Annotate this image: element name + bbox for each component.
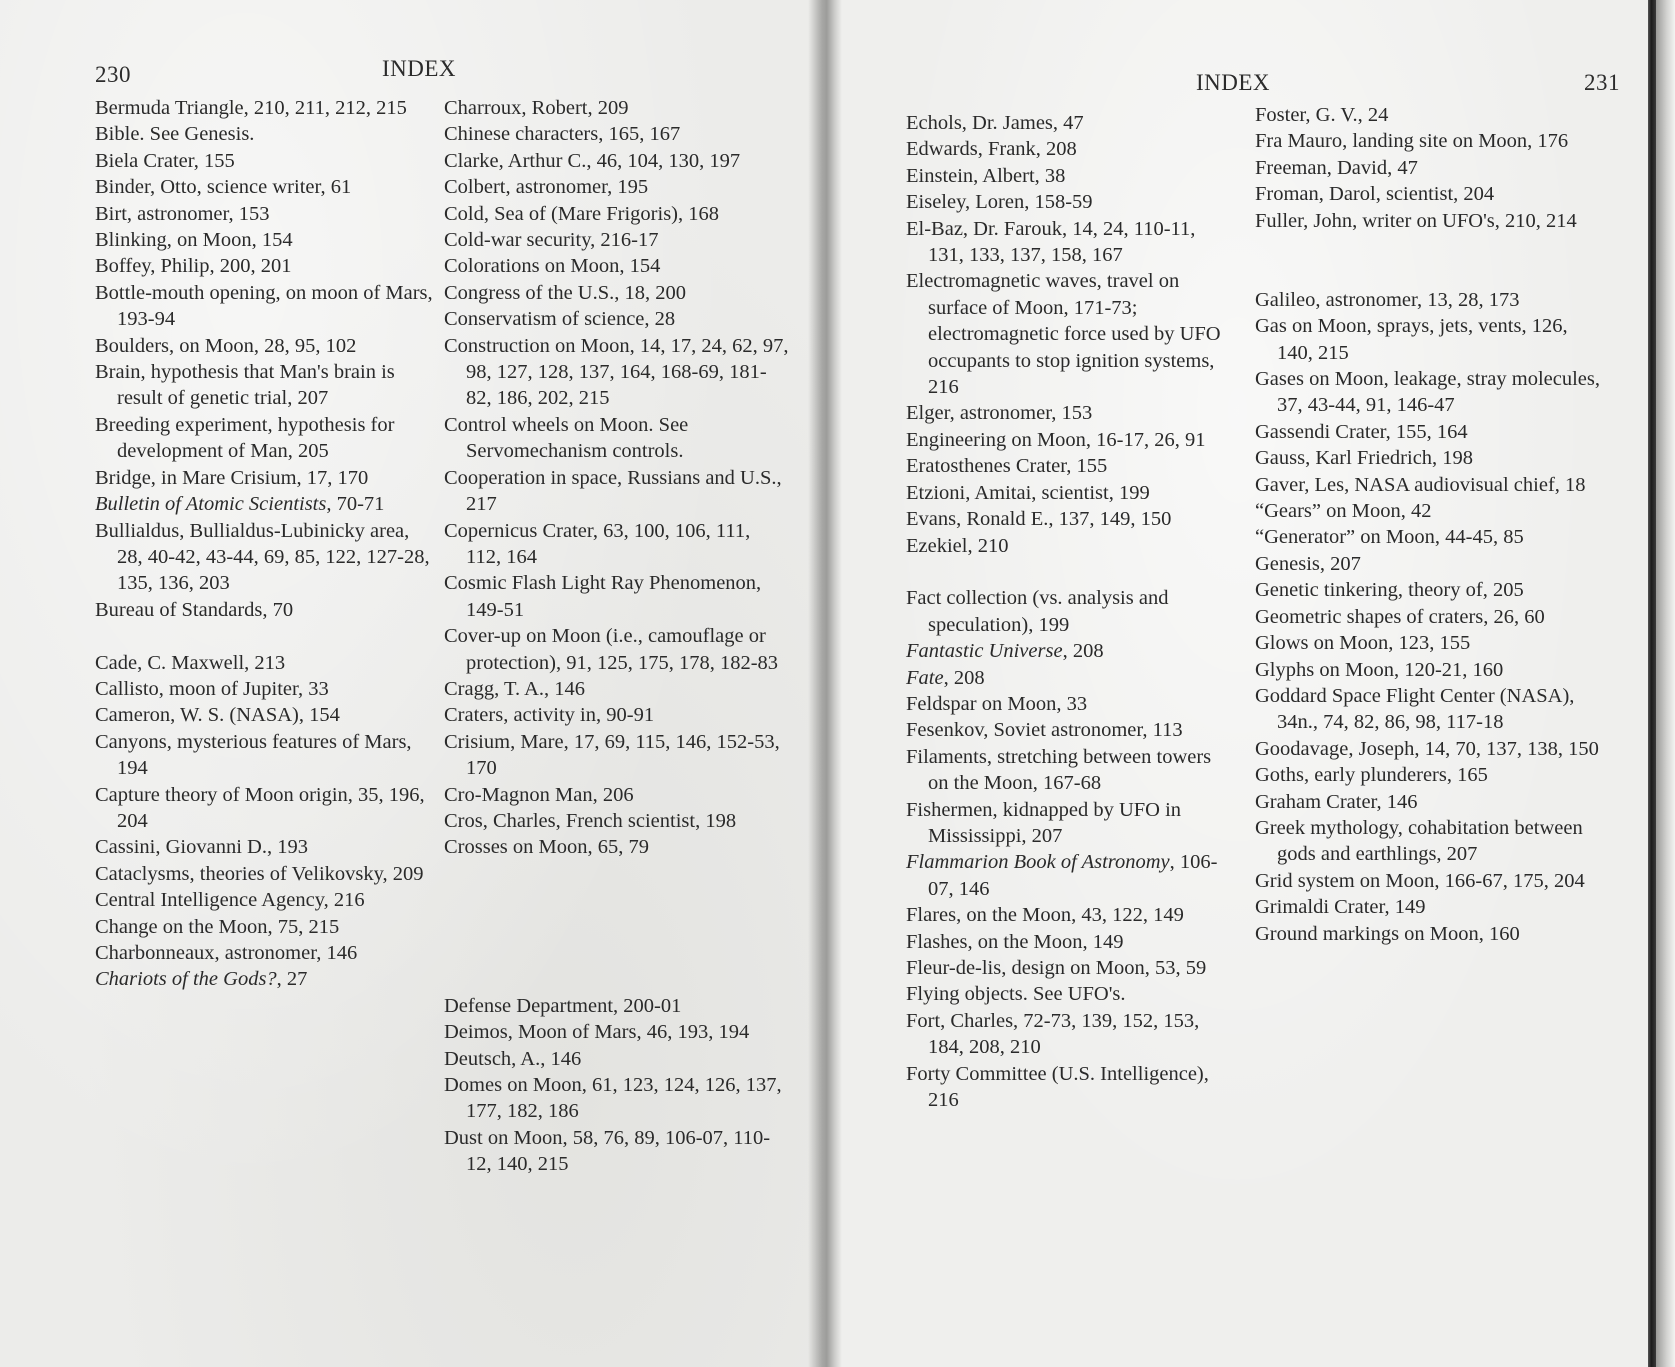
index-entry-text: Boffey, Philip, 200, 201 xyxy=(95,255,291,277)
index-entry: Cros, Charles, French scientist, 198 xyxy=(444,808,789,834)
index-entry: Bullialdus, Bullialdus-Lubinicky area, 2… xyxy=(95,518,435,597)
index-entry-text: Fort, Charles, 72-73, 139, 152, 153, 184… xyxy=(906,1010,1199,1058)
index-entry: Dust on Moon, 58, 76, 89, 106-07, 110-12… xyxy=(444,1125,789,1178)
index-entry-text: Fesenkov, Soviet astronomer, 113 xyxy=(906,719,1183,741)
index-entry-text: Echols, Dr. James, 47 xyxy=(906,112,1084,134)
left-running-head: INDEX xyxy=(382,56,456,82)
index-entry-text: Cro-Magnon Man, 206 xyxy=(444,784,634,806)
index-entry-text: Domes on Moon, 61, 123, 124, 126, 137, 1… xyxy=(444,1074,782,1122)
index-entry-text: Bureau of Standards, 70 xyxy=(95,599,293,621)
index-entry: Goths, early plunderers, 165 xyxy=(1255,762,1600,788)
index-entry-text: Biela Crater, 155 xyxy=(95,150,235,172)
page-edge xyxy=(1656,0,1675,1367)
index-entry: Etzioni, Amitai, scientist, 199 xyxy=(906,480,1236,506)
index-entry: Callisto, moon of Jupiter, 33 xyxy=(95,676,435,702)
index-entry: Filaments, stretching between towers on … xyxy=(906,744,1236,797)
index-entry: Cro-Magnon Man, 206 xyxy=(444,782,789,808)
index-entry: Geometric shapes of craters, 26, 60 xyxy=(1255,604,1600,630)
index-entry: Cameron, W. S. (NASA), 154 xyxy=(95,702,435,728)
letter-group-spacer xyxy=(95,623,435,649)
index-entry-text: Einstein, Albert, 38 xyxy=(906,165,1065,187)
index-entry: Crosses on Moon, 65, 79 xyxy=(444,834,789,860)
index-entry-text: Bottle-mouth opening, on moon of Mars, 1… xyxy=(95,282,433,330)
index-entry-text: , 27 xyxy=(277,968,308,990)
index-entry: Greek mythology, cohabitation between go… xyxy=(1255,815,1600,868)
index-entry-text: Engineering on Moon, 16-17, 26, 91 xyxy=(906,429,1206,451)
index-entry-text: Grimaldi Crater, 149 xyxy=(1255,896,1426,918)
index-entry-text: Fact collection (vs. analysis and specul… xyxy=(906,587,1168,635)
index-entry-text: Cover-up on Moon (i.e., camouflage or pr… xyxy=(444,625,778,673)
index-entry: Charbonneaux, astronomer, 146 xyxy=(95,940,435,966)
index-entry-text: Gases on Moon, leakage, stray molecules,… xyxy=(1255,368,1600,416)
index-entry: Fort, Charles, 72-73, 139, 152, 153, 184… xyxy=(906,1008,1236,1061)
index-entry-text: Colorations on Moon, 154 xyxy=(444,255,660,277)
index-entry: Fantastic Universe, 208 xyxy=(906,638,1236,664)
index-entry-text: Genesis, 207 xyxy=(1255,553,1361,575)
index-entry: Glows on Moon, 123, 155 xyxy=(1255,630,1600,656)
index-entry: Crisium, Mare, 17, 69, 115, 146, 152-53,… xyxy=(444,729,789,782)
index-entry: Binder, Otto, science writer, 61 xyxy=(95,174,435,200)
index-entry: Fishermen, kidnapped by UFO in Mississip… xyxy=(906,797,1236,850)
page-edge-shadow xyxy=(1648,0,1656,1367)
index-entry-text: Charroux, Robert, 209 xyxy=(444,97,628,119)
index-entry-text: Gassendi Crater, 155, 164 xyxy=(1255,421,1468,443)
index-entry: Boulders, on Moon, 28, 95, 102 xyxy=(95,333,435,359)
index-entry-text: Dust on Moon, 58, 76, 89, 106-07, 110-12… xyxy=(444,1127,770,1175)
index-entry: Feldspar on Moon, 33 xyxy=(906,691,1236,717)
index-entry: Genetic tinkering, theory of, 205 xyxy=(1255,577,1600,603)
index-entry-text: Cosmic Flash Light Ray Phenomenon, 149-5… xyxy=(444,572,761,620)
index-entry: Genesis, 207 xyxy=(1255,551,1600,577)
index-entry-text: Cameron, W. S. (NASA), 154 xyxy=(95,704,340,726)
index-entry-text: Filaments, stretching between towers on … xyxy=(906,746,1211,794)
index-entry: Flashes, on the Moon, 149 xyxy=(906,929,1236,955)
index-entry-text: Cold-war security, 216-17 xyxy=(444,229,658,251)
index-entry-text: Ground markings on Moon, 160 xyxy=(1255,923,1520,945)
index-entry-text: Crisium, Mare, 17, 69, 115, 146, 152-53,… xyxy=(444,731,780,779)
publication-title: Flammarion Book of Astronomy xyxy=(906,851,1170,873)
index-entry: Fra Mauro, landing site on Moon, 176 xyxy=(1255,128,1600,154)
index-entry-text: Electromagnetic waves, travel on surface… xyxy=(906,270,1221,398)
index-entry-text: Deimos, Moon of Mars, 46, 193, 194 xyxy=(444,1021,749,1043)
index-entry: Grimaldi Crater, 149 xyxy=(1255,894,1600,920)
book-gutter xyxy=(808,0,842,1367)
index-entry: Grid system on Moon, 166-67, 175, 204 xyxy=(1255,868,1600,894)
index-entry-text: Graham Crater, 146 xyxy=(1255,791,1418,813)
index-entry: Glyphs on Moon, 120-21, 160 xyxy=(1255,657,1600,683)
index-entry-text: Defense Department, 200-01 xyxy=(444,995,681,1017)
index-entry-text: , 70-71 xyxy=(326,493,384,515)
index-entry-text: Chinese characters, 165, 167 xyxy=(444,123,680,145)
index-entry: Ezekiel, 210 xyxy=(906,533,1236,559)
index-entry-text: Capture theory of Moon origin, 35, 196, … xyxy=(95,784,425,832)
index-entry-text: Cataclysms, theories of Velikovsky, 209 xyxy=(95,863,424,885)
index-entry: El-Baz, Dr. Farouk, 14, 24, 110-11, 131,… xyxy=(906,216,1236,269)
index-entry: Fact collection (vs. analysis and specul… xyxy=(906,585,1236,638)
index-entry-text: Bible. See Genesis. xyxy=(95,123,254,145)
index-entry: Change on the Moon, 75, 215 xyxy=(95,914,435,940)
index-entry-text: “Generator” on Moon, 44-45, 85 xyxy=(1255,526,1524,548)
index-entry: Gases on Moon, leakage, stray molecules,… xyxy=(1255,366,1600,419)
index-entry-text: Charbonneaux, astronomer, 146 xyxy=(95,942,357,964)
index-entry-text: Glyphs on Moon, 120-21, 160 xyxy=(1255,659,1503,681)
index-entry: Bulletin of Atomic Scientists, 70-71 xyxy=(95,491,435,517)
index-entry: Cover-up on Moon (i.e., camouflage or pr… xyxy=(444,623,789,676)
index-entry: Congress of the U.S., 18, 200 xyxy=(444,280,789,306)
index-entry-text: Geometric shapes of craters, 26, 60 xyxy=(1255,606,1545,628)
letter-group-spacer xyxy=(906,559,1236,585)
index-entry: Deimos, Moon of Mars, 46, 193, 194 xyxy=(444,1019,789,1045)
index-entry: Engineering on Moon, 16-17, 26, 91 xyxy=(906,427,1236,453)
index-entry-text: , 208 xyxy=(1063,640,1104,662)
index-entry: Copernicus Crater, 63, 100, 106, 111, 11… xyxy=(444,518,789,571)
index-entry-text: Canyons, mysterious features of Mars, 19… xyxy=(95,731,412,779)
index-entry-text: Blinking, on Moon, 154 xyxy=(95,229,293,251)
index-entry-text: Copernicus Crater, 63, 100, 106, 111, 11… xyxy=(444,520,750,568)
index-entry-text: Forty Committee (U.S. Intelligence), 216 xyxy=(906,1063,1209,1111)
index-entry: Gauss, Karl Friedrich, 198 xyxy=(1255,445,1600,471)
index-entry: Flammarion Book of Astronomy, 106-07, 14… xyxy=(906,849,1236,902)
index-entry: Brain, hypothesis that Man's brain is re… xyxy=(95,359,435,412)
index-entry: Flying objects. See UFO's. xyxy=(906,981,1236,1007)
publication-title: Fantastic Universe xyxy=(906,640,1063,662)
index-entry-text: Bermuda Triangle, 210, 211, 212, 215 xyxy=(95,97,407,119)
index-entry-text: Construction on Moon, 14, 17, 24, 62, 97… xyxy=(444,335,789,410)
index-entry: Foster, G. V., 24 xyxy=(1255,102,1600,128)
index-entry-text: Congress of the U.S., 18, 200 xyxy=(444,282,686,304)
index-entry: Bureau of Standards, 70 xyxy=(95,597,435,623)
index-entry-text: Callisto, moon of Jupiter, 33 xyxy=(95,678,329,700)
publication-title: Chariots of the Gods? xyxy=(95,968,277,990)
index-column-3: Echols, Dr. James, 47Edwards, Frank, 208… xyxy=(906,110,1236,1113)
index-entry: “Generator” on Moon, 44-45, 85 xyxy=(1255,524,1600,550)
index-entry-text: Deutsch, A., 146 xyxy=(444,1048,581,1070)
index-entry-text: Greek mythology, cohabitation between go… xyxy=(1255,817,1583,865)
index-entry: Echols, Dr. James, 47 xyxy=(906,110,1236,136)
index-entry: Elger, astronomer, 153 xyxy=(906,400,1236,426)
index-entry-text: Brain, hypothesis that Man's brain is re… xyxy=(95,361,395,409)
index-entry: Blinking, on Moon, 154 xyxy=(95,227,435,253)
index-entry-text: Cade, C. Maxwell, 213 xyxy=(95,652,285,674)
index-entry-text: Evans, Ronald E., 137, 149, 150 xyxy=(906,508,1171,530)
index-entry: Gas on Moon, sprays, jets, vents, 126, 1… xyxy=(1255,313,1600,366)
publication-title: Fate xyxy=(906,667,944,689)
index-entry: Gaver, Les, NASA audiovisual chief, 18 xyxy=(1255,472,1600,498)
index-entry-text: Eratosthenes Crater, 155 xyxy=(906,455,1107,477)
index-entry-text: Cassini, Giovanni D., 193 xyxy=(95,836,308,858)
index-entry-text: Flying objects. See UFO's. xyxy=(906,983,1126,1005)
index-entry-text: Goodavage, Joseph, 14, 70, 137, 138, 150 xyxy=(1255,738,1599,760)
index-entry-text: Birt, astronomer, 153 xyxy=(95,203,270,225)
index-entry: Bermuda Triangle, 210, 211, 212, 215 xyxy=(95,95,435,121)
index-entry-text: Change on the Moon, 75, 215 xyxy=(95,916,339,938)
index-entry: Birt, astronomer, 153 xyxy=(95,201,435,227)
index-entry: Cosmic Flash Light Ray Phenomenon, 149-5… xyxy=(444,570,789,623)
index-entry: Central Intelligence Agency, 216 xyxy=(95,887,435,913)
index-entry-text: Flashes, on the Moon, 149 xyxy=(906,931,1124,953)
index-entry: Control wheels on Moon. See Servomechani… xyxy=(444,412,789,465)
index-entry-text: Goddard Space Flight Center (NASA), 34n.… xyxy=(1255,685,1574,733)
index-entry: Colbert, astronomer, 195 xyxy=(444,174,789,200)
index-entry-text: Feldspar on Moon, 33 xyxy=(906,693,1087,715)
index-entry-text: Fra Mauro, landing site on Moon, 176 xyxy=(1255,130,1568,152)
index-entry: Edwards, Frank, 208 xyxy=(906,136,1236,162)
index-entry: Graham Crater, 146 xyxy=(1255,789,1600,815)
index-entry: Bottle-mouth opening, on moon of Mars, 1… xyxy=(95,280,435,333)
index-entry: Cataclysms, theories of Velikovsky, 209 xyxy=(95,861,435,887)
index-entry-text: Control wheels on Moon. See Servomechani… xyxy=(444,414,688,462)
index-entry-text: Binder, Otto, science writer, 61 xyxy=(95,176,351,198)
index-entry: Cragg, T. A., 146 xyxy=(444,676,789,702)
right-page-number: 231 xyxy=(1584,70,1620,96)
index-entry-text: Gaver, Les, NASA audiovisual chief, 18 xyxy=(1255,474,1586,496)
index-entry: Defense Department, 200-01 xyxy=(444,993,789,1019)
index-entry: Freeman, David, 47 xyxy=(1255,155,1600,181)
index-entry-text: Elger, astronomer, 153 xyxy=(906,402,1092,424)
index-entry: Cold-war security, 216-17 xyxy=(444,227,789,253)
index-entry-text: Edwards, Frank, 208 xyxy=(906,138,1077,160)
index-entry: Boffey, Philip, 200, 201 xyxy=(95,253,435,279)
index-entry: Eiseley, Loren, 158-59 xyxy=(906,189,1236,215)
index-entry-text: Cragg, T. A., 146 xyxy=(444,678,585,700)
index-entry: Flares, on the Moon, 43, 122, 149 xyxy=(906,902,1236,928)
index-entry-text: Etzioni, Amitai, scientist, 199 xyxy=(906,482,1150,504)
index-entry: Breeding experiment, hypothesis for deve… xyxy=(95,412,435,465)
index-entry: Fesenkov, Soviet astronomer, 113 xyxy=(906,717,1236,743)
index-entry: Gassendi Crater, 155, 164 xyxy=(1255,419,1600,445)
index-entry: Cassini, Giovanni D., 193 xyxy=(95,834,435,860)
index-entry: Galileo, astronomer, 13, 28, 173 xyxy=(1255,287,1600,313)
index-entry-text: Fishermen, kidnapped by UFO in Mississip… xyxy=(906,799,1181,847)
letter-group-spacer xyxy=(444,861,789,993)
index-entry: Conservatism of science, 28 xyxy=(444,306,789,332)
index-entry-text: Fuller, John, writer on UFO's, 210, 214 xyxy=(1255,210,1577,232)
index-entry: Capture theory of Moon origin, 35, 196, … xyxy=(95,782,435,835)
index-entry-text: Foster, G. V., 24 xyxy=(1255,104,1388,126)
index-entry: Craters, activity in, 90-91 xyxy=(444,702,789,728)
index-entry-text: Galileo, astronomer, 13, 28, 173 xyxy=(1255,289,1520,311)
index-entry: Cooperation in space, Russians and U.S.,… xyxy=(444,465,789,518)
index-entry-text: Craters, activity in, 90-91 xyxy=(444,704,654,726)
index-column-4: Foster, G. V., 24Fra Mauro, landing site… xyxy=(1255,102,1600,947)
index-entry-text: Fleur-de-lis, design on Moon, 53, 59 xyxy=(906,957,1206,979)
index-entry-text: Froman, Darol, scientist, 204 xyxy=(1255,183,1494,205)
index-entry-text: Glows on Moon, 123, 155 xyxy=(1255,632,1470,654)
index-entry: Fuller, John, writer on UFO's, 210, 214 xyxy=(1255,208,1600,234)
index-entry: Forty Committee (U.S. Intelligence), 216 xyxy=(906,1061,1236,1114)
index-entry: “Gears” on Moon, 42 xyxy=(1255,498,1600,524)
index-entry: Bridge, in Mare Crisium, 17, 170 xyxy=(95,465,435,491)
index-entry-text: Freeman, David, 47 xyxy=(1255,157,1418,179)
index-column-2: Charroux, Robert, 209Chinese characters,… xyxy=(444,95,789,1178)
index-entry: Cold, Sea of (Mare Frigoris), 168 xyxy=(444,201,789,227)
index-entry-text: Grid system on Moon, 166-67, 175, 204 xyxy=(1255,870,1585,892)
left-page-number: 230 xyxy=(95,62,131,88)
index-entry: Colorations on Moon, 154 xyxy=(444,253,789,279)
index-entry: Froman, Darol, scientist, 204 xyxy=(1255,181,1600,207)
index-entry: Fate, 208 xyxy=(906,665,1236,691)
index-entry: Clarke, Arthur C., 46, 104, 130, 197 xyxy=(444,148,789,174)
index-entry-text: “Gears” on Moon, 42 xyxy=(1255,500,1431,522)
index-entry-text: Central Intelligence Agency, 216 xyxy=(95,889,365,911)
index-entry: Chinese characters, 165, 167 xyxy=(444,121,789,147)
index-entry-text: Conservatism of science, 28 xyxy=(444,308,675,330)
index-entry: Goodavage, Joseph, 14, 70, 137, 138, 150 xyxy=(1255,736,1600,762)
index-entry: Einstein, Albert, 38 xyxy=(906,163,1236,189)
index-entry-text: Eiseley, Loren, 158-59 xyxy=(906,191,1093,213)
index-entry: Ground markings on Moon, 160 xyxy=(1255,921,1600,947)
index-column-1: Bermuda Triangle, 210, 211, 212, 215Bibl… xyxy=(95,95,435,993)
index-entry: Evans, Ronald E., 137, 149, 150 xyxy=(906,506,1236,532)
index-entry-text: Gauss, Karl Friedrich, 198 xyxy=(1255,447,1473,469)
index-entry-text: Cros, Charles, French scientist, 198 xyxy=(444,810,736,832)
index-entry-text: El-Baz, Dr. Farouk, 14, 24, 110-11, 131,… xyxy=(906,218,1195,266)
index-entry: Biela Crater, 155 xyxy=(95,148,435,174)
index-entry: Eratosthenes Crater, 155 xyxy=(906,453,1236,479)
index-entry-text: Breeding experiment, hypothesis for deve… xyxy=(95,414,394,462)
index-entry-text: Clarke, Arthur C., 46, 104, 130, 197 xyxy=(444,150,740,172)
index-entry-text: Bullialdus, Bullialdus-Lubinicky area, 2… xyxy=(95,520,430,595)
index-entry: Construction on Moon, 14, 17, 24, 62, 97… xyxy=(444,333,789,412)
index-entry: Bible. See Genesis. xyxy=(95,121,435,147)
index-entry-text: Gas on Moon, sprays, jets, vents, 126, 1… xyxy=(1255,315,1568,363)
index-entry-text: , 208 xyxy=(944,667,985,689)
index-entry: Cade, C. Maxwell, 213 xyxy=(95,650,435,676)
index-entry: Goddard Space Flight Center (NASA), 34n.… xyxy=(1255,683,1600,736)
index-entry: Deutsch, A., 146 xyxy=(444,1046,789,1072)
index-entry: Canyons, mysterious features of Mars, 19… xyxy=(95,729,435,782)
index-entry-text: Colbert, astronomer, 195 xyxy=(444,176,648,198)
index-entry: Fleur-de-lis, design on Moon, 53, 59 xyxy=(906,955,1236,981)
index-entry-text: Bridge, in Mare Crisium, 17, 170 xyxy=(95,467,368,489)
index-entry-text: Goths, early plunderers, 165 xyxy=(1255,764,1488,786)
index-entry-text: Cold, Sea of (Mare Frigoris), 168 xyxy=(444,203,719,225)
index-entry-text: Crosses on Moon, 65, 79 xyxy=(444,836,649,858)
index-entry-text: Cooperation in space, Russians and U.S.,… xyxy=(444,467,782,515)
index-entry-text: Boulders, on Moon, 28, 95, 102 xyxy=(95,335,356,357)
letter-group-spacer xyxy=(1255,234,1600,287)
publication-title: Bulletin of Atomic Scientists xyxy=(95,493,326,515)
index-entry-text: Genetic tinkering, theory of, 205 xyxy=(1255,579,1524,601)
index-entry: Chariots of the Gods?, 27 xyxy=(95,966,435,992)
index-entry-text: Ezekiel, 210 xyxy=(906,535,1008,557)
index-entry: Electromagnetic waves, travel on surface… xyxy=(906,268,1236,400)
index-entry: Domes on Moon, 61, 123, 124, 126, 137, 1… xyxy=(444,1072,789,1125)
right-running-head: INDEX xyxy=(1196,70,1270,96)
index-entry-text: Flares, on the Moon, 43, 122, 149 xyxy=(906,904,1184,926)
index-entry: Charroux, Robert, 209 xyxy=(444,95,789,121)
